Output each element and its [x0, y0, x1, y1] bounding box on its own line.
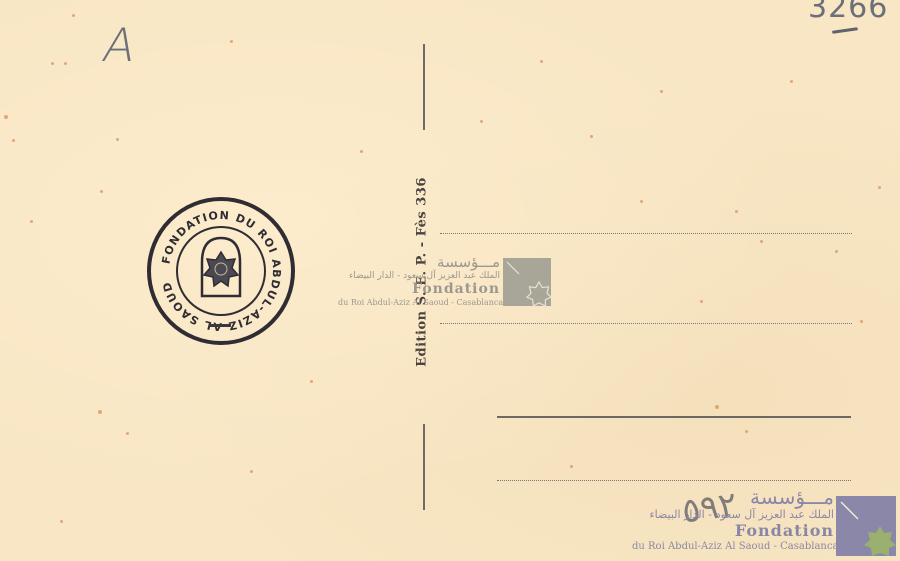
watermark-arabic-title: مـــؤسسة: [338, 255, 500, 270]
watermark-latin-subtitle: du Roi Abdul-Aziz Al Saoud - Casablanca: [632, 540, 834, 553]
watermark-latin-title: Fondation: [338, 282, 500, 297]
address-line-2: [440, 323, 852, 324]
address-line-3: [497, 416, 851, 418]
divider-line-top: [423, 44, 425, 130]
watermark-arabic-subtitle: الملك عبد العزيز آل سعود - الدار البيضاء: [632, 507, 834, 522]
foundation-logo-icon: [836, 496, 896, 556]
watermark-latin-subtitle: du Roi Abdul-Aziz Al Saoud - Casablanca: [338, 297, 500, 308]
watermark-center: مـــؤسسة الملك عبد العزيز آل سعود - الدا…: [338, 255, 500, 308]
watermark-corner: مـــؤسسة الملك عبد العزيز آل سعود - الدا…: [632, 487, 834, 553]
pencil-letter: A: [98, 18, 141, 72]
foundation-logo-icon: [503, 257, 551, 307]
foundation-stamp: FONDATION DU ROI ABDUL-AZIZ AL SAOUD: [146, 196, 296, 346]
address-line-4: [497, 480, 851, 481]
pencil-underline: [832, 27, 858, 34]
address-line-1: [440, 233, 852, 234]
watermark-arabic-title: مـــؤسسة: [632, 487, 834, 507]
postcard-back: A 3266 FONDATION DU ROI ABDUL-AZIZ AL SA…: [0, 0, 900, 561]
divider-line-bottom: [423, 424, 425, 510]
arch-with-star-icon: [202, 238, 240, 296]
inventory-number: 3266: [808, 0, 888, 25]
watermark-latin-title: Fondation: [632, 522, 834, 540]
